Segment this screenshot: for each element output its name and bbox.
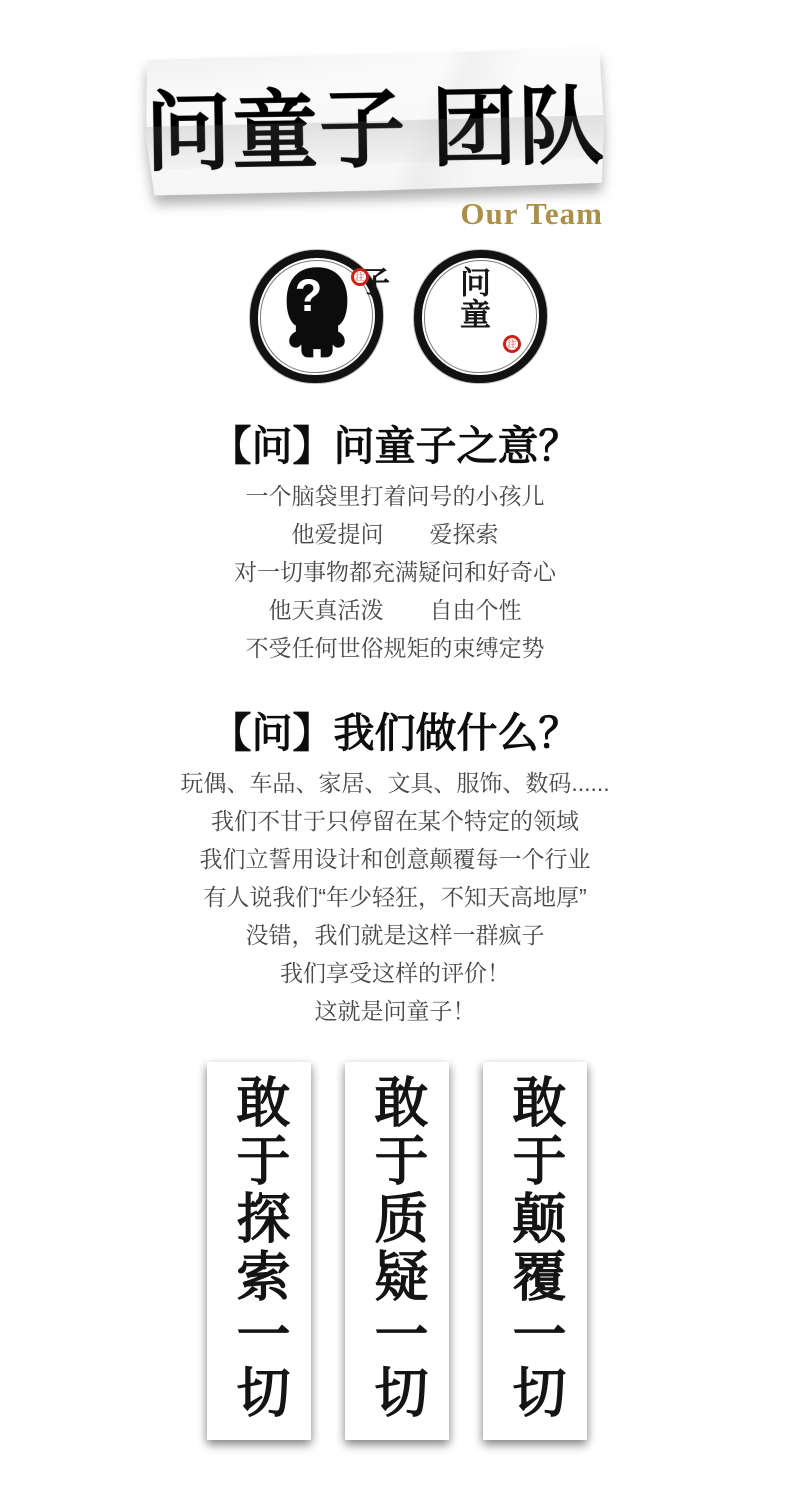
text-line: 这就是问童子！ xyxy=(0,992,790,1030)
brand-story-page: 问童子 团队 Our Team ? 注 问童子 注 【问】问童子之意？ 一个脑袋… xyxy=(0,0,790,1495)
logo-doll-circle: ? 注 xyxy=(250,250,383,383)
text-line: 我们立誓用设计和创意颠覆每一个行业 xyxy=(0,840,790,878)
scroll-text: 敢于质疑一切 xyxy=(345,1062,449,1440)
section-what-we-do-paragraph: 玩偶、车品、家居、文具、服饰、数码...... 我们不甘于只停留在某个特定的领域… xyxy=(0,764,790,1030)
scroll-dare-to-overturn: 敢于颠覆一切 xyxy=(483,1062,587,1440)
torn-paper: 问童子 团队 xyxy=(145,48,605,195)
text-line: 对一切事物都充满疑问和好奇心 xyxy=(0,553,790,591)
text-line: 一个脑袋里打着问号的小孩儿 xyxy=(0,477,790,515)
text-line: 我们不甘于只停留在某个特定的领域 xyxy=(0,802,790,840)
scroll-text: 敢于颠覆一切 xyxy=(483,1062,587,1440)
text-line: 不受任何世俗规矩的束缚定势 xyxy=(0,629,790,667)
question-mark-icon: ? xyxy=(258,270,359,322)
text-line: 我们享受这样的评价！ xyxy=(0,954,790,992)
section-heading-meaning: 【问】问童子之意？ xyxy=(0,413,790,472)
section-meaning-paragraph: 一个脑袋里打着问号的小孩儿 他爱提问 爱探索 对一切事物都充满疑问和好奇心 他天… xyxy=(0,477,790,667)
scroll-dare-to-explore: 敢于探索一切 xyxy=(207,1062,311,1440)
section-heading-what-we-do: 【问】我们做什么？ xyxy=(0,700,790,759)
logo-calligraphy-circle: 问童子 注 xyxy=(414,250,547,383)
red-seal-icon: 注 xyxy=(351,268,369,286)
text-line: 有人说我们“年少轻狂，不知天高地厚” xyxy=(0,878,790,916)
title-banner: 问童子 团队 xyxy=(145,48,605,195)
scroll-text: 敢于探索一切 xyxy=(207,1062,311,1440)
text-line: 他天真活泼 自由个性 xyxy=(0,591,790,629)
subtitle-our-team: Our Team xyxy=(460,196,603,232)
text-line: 没错，我们就是这样一群疯子 xyxy=(0,916,790,954)
text-line: 玩偶、车品、家居、文具、服饰、数码...... xyxy=(0,764,790,802)
text-line: 他爱提问 爱探索 xyxy=(0,515,790,553)
red-seal-icon: 注 xyxy=(503,335,521,353)
page-title: 问童子 团队 xyxy=(145,48,605,195)
scroll-dare-to-question: 敢于质疑一切 xyxy=(345,1062,449,1440)
